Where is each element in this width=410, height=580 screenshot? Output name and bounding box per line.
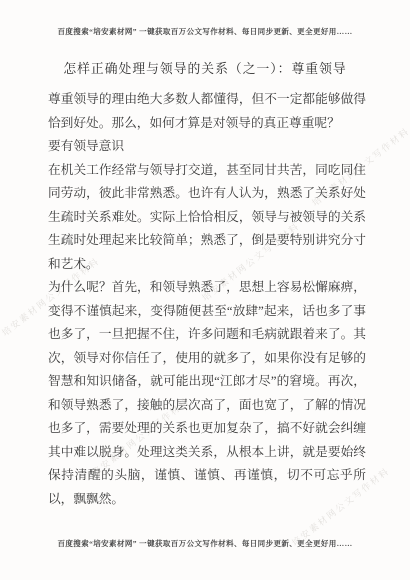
paragraph-familiarity: 在机关工作经常与领导打交道，甚至同甘共苦，同吃同住同劳动，彼此非常熟悉。也许有人…	[48, 159, 366, 277]
paragraph-intro: 尊重领导的理由绝大多数人都懂得，但不一定都能够做得恰到好处。那么，如何才算是对领…	[48, 88, 366, 135]
section-heading: 要有领导意识	[48, 135, 366, 159]
document-body: 尊重领导的理由绝大多数人都懂得，但不一定都能够做得恰到好处。那么，如何才算是对领…	[48, 88, 366, 511]
paragraph-reasons: 为什么呢？首先，和领导熟悉了，思想上容易松懈麻痹，变得不谨慎起来，变得随便甚至“…	[48, 276, 366, 511]
document-title: 怎样正确处理与领导的关系（之一）：尊重领导	[0, 58, 410, 77]
promo-banner-top: 百度搜索“培安素材网” 一键获取百万公文写作材料、每日同步更新、更全更好用……	[0, 26, 410, 37]
promo-banner-bottom: 百度搜索“培安素材网” 一键获取百万公文写作材料、每日同步更新、更全更好用……	[0, 538, 410, 549]
document-page: 百度搜索“培安素材网” 一键获取百万公文写作材料、每日同步更新、更全更好用…… …	[0, 0, 410, 580]
